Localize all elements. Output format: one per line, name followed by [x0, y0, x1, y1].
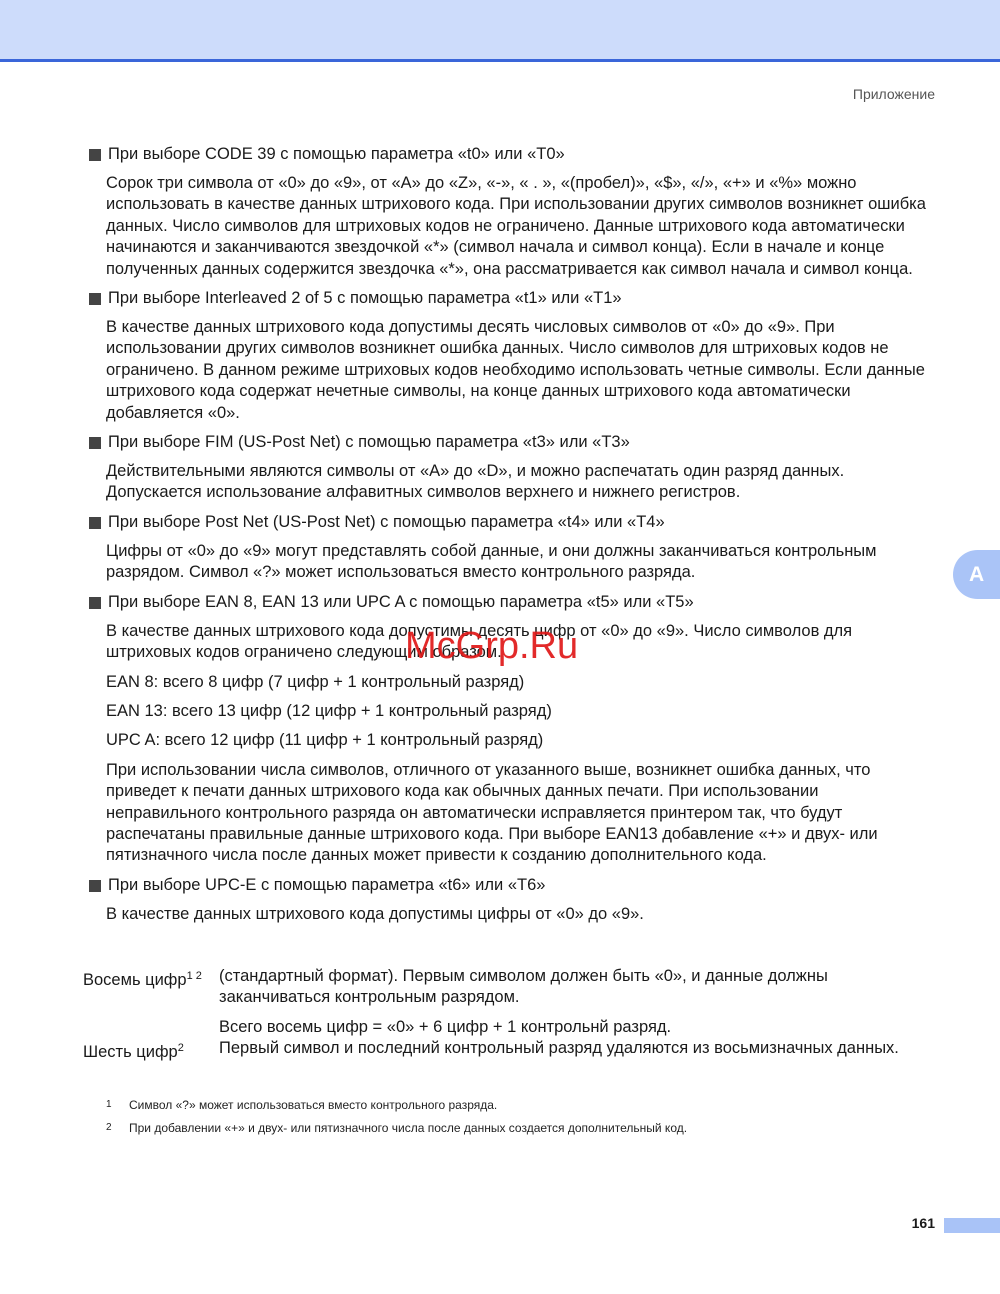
- footnote: 1 Символ «?» может использоваться вместо…: [106, 1097, 687, 1113]
- heading-text: При выборе CODE 39 с помощью параметра «…: [108, 145, 565, 163]
- square-bullet-icon: [89, 149, 101, 161]
- section-label: Приложение: [853, 86, 935, 102]
- footnote-number: 1: [106, 1097, 129, 1113]
- page-number: 161: [900, 1215, 935, 1231]
- heading-text: При выборе Interleaved 2 of 5 с помощью …: [108, 289, 622, 307]
- paragraph-ean8: EAN 8: всего 8 цифр (7 цифр + 1 контроль…: [106, 672, 936, 693]
- paragraph: Сорок три символа от «0» до «9», от «A» …: [106, 173, 936, 280]
- watermark: McGrp.Ru: [405, 625, 578, 668]
- section-heading-postnet: При выборе Post Net (US-Post Net) с помо…: [88, 512, 948, 533]
- term-superscript: 2: [178, 1042, 184, 1054]
- heading-text: При выборе Post Net (US-Post Net) с помо…: [108, 513, 665, 531]
- square-bullet-icon: [89, 293, 101, 305]
- paragraph-ean13: EAN 13: всего 13 цифр (12 цифр + 1 контр…: [106, 701, 936, 722]
- section-heading-interleaved: При выборе Interleaved 2 of 5 с помощью …: [88, 288, 948, 309]
- page-number-bar: [944, 1218, 1000, 1233]
- section-heading-upce: При выборе UPC-E с помощью параметра «t6…: [88, 875, 948, 896]
- square-bullet-icon: [89, 597, 101, 609]
- paragraph: Действительными являются символы от «A» …: [106, 461, 936, 504]
- footnote: 2 При добавлении «+» и двух- или пятизна…: [106, 1120, 687, 1136]
- square-bullet-icon: [89, 880, 101, 892]
- paragraph: В качестве данных штрихового кода допуст…: [106, 317, 936, 424]
- heading-text: При выборе FIM (US-Post Net) с помощью п…: [108, 433, 630, 451]
- definition-description: Всего восемь цифр = «0» + 6 цифр + 1 кон…: [219, 1017, 909, 1063]
- page-content: При выборе CODE 39 с помощью параметра «…: [88, 144, 948, 933]
- square-bullet-icon: [89, 437, 101, 449]
- heading-text: При выборе EAN 8, EAN 13 или UPC A с пом…: [108, 593, 694, 611]
- footnote-text: При добавлении «+» и двух- или пятизначн…: [129, 1120, 687, 1136]
- term-text: Восемь цифр: [83, 971, 187, 989]
- description-line: Всего восемь цифр = «0» + 6 цифр + 1 кон…: [219, 1017, 909, 1038]
- section-heading-ean: При выборе EAN 8, EAN 13 или UPC A с пом…: [88, 592, 948, 613]
- top-header-band: [0, 0, 1000, 62]
- paragraph-upca: UPC A: всего 12 цифр (11 цифр + 1 контро…: [106, 730, 936, 751]
- definition-row: Шесть цифр2 Всего восемь цифр = «0» + 6 …: [83, 1017, 943, 1063]
- footnote-text: Символ «?» может использоваться вместо к…: [129, 1097, 497, 1113]
- definition-term: Шесть цифр2: [83, 1017, 219, 1063]
- paragraph: Цифры от «0» до «9» могут представлять с…: [106, 541, 936, 584]
- square-bullet-icon: [89, 517, 101, 529]
- section-heading-code39: При выборе CODE 39 с помощью параметра «…: [88, 144, 948, 165]
- footnote-number: 2: [106, 1120, 129, 1136]
- paragraph: В качестве данных штрихового кода допуст…: [106, 904, 936, 925]
- appendix-tab[interactable]: A: [953, 550, 1000, 599]
- heading-text: При выборе UPC-E с помощью параметра «t6…: [108, 876, 545, 894]
- definitions-table: Восемь цифр1 2 (стандартный формат). Пер…: [83, 966, 943, 1071]
- section-heading-fim: При выборе FIM (US-Post Net) с помощью п…: [88, 432, 948, 453]
- paragraph: При использовании числа символов, отличн…: [106, 760, 936, 867]
- definition-term: Восемь цифр1 2: [83, 966, 219, 1009]
- term-superscript: 1 2: [187, 970, 202, 982]
- definition-description: (стандартный формат). Первым символом до…: [219, 966, 909, 1009]
- term-text: Шесть цифр: [83, 1043, 178, 1061]
- footnotes: 1 Символ «?» может использоваться вместо…: [106, 1097, 687, 1143]
- definition-row: Восемь цифр1 2 (стандартный формат). Пер…: [83, 966, 943, 1009]
- description-line: Первый символ и последний контрольный ра…: [219, 1038, 909, 1059]
